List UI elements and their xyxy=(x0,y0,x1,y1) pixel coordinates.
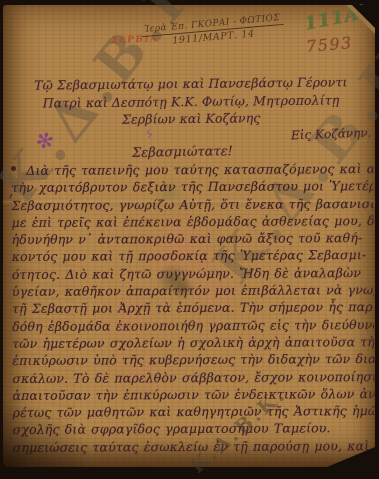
letter-body-line: σκάλων. Τὸ δὲ παρελθὸν σάββατον, ἔσχον κ… xyxy=(12,368,374,387)
violet-ink-mark-small: ϟ xyxy=(143,126,155,142)
letter-body-line: Διὰ τῆς ταπεινῆς μου ταύτης κατασπαζόμεν… xyxy=(11,160,373,179)
recipient-address-block: Τῷ Σεβασμιωτάτῳ μοι καὶ Πανσεβάστῳ Γέρον… xyxy=(13,73,370,129)
classification-annotation: Ἱερὰ Ἐπ. ΓΚΟΡΑΙ - ΦΩΤΙΟΣ 1911/ΜΑΡΤ. 14 xyxy=(141,13,285,49)
scanned-letter-page: { "scan": { "archive_marks": { "place_re… xyxy=(0,0,379,479)
registry-number: 7593 xyxy=(305,33,353,56)
letter-body-line: ὑγείαν, καθῆκον ἀπαραίτητόν μοι ἐπιβάλλε… xyxy=(12,281,374,300)
salutation: Σεβασμιώτατε! xyxy=(132,144,233,161)
letter-body-line: σχολῆς διὰ σφραγῖδος γραμματοσήμου Ταμεί… xyxy=(13,420,375,439)
letter-body-line: ἐπικύρωσιν ὑπὸ τῆς κυβερνήσεως τὴν διδαχ… xyxy=(12,350,374,369)
letter-body-line: ἀπαιτοῦσαν τὴν ἐπικύρωσιν τῶν ἐνδεικτικῶ… xyxy=(12,385,374,404)
letter-body-line: κοντός μου καὶ τῇ προσδοκίᾳ τῆς Ὑμετέρας… xyxy=(12,247,374,266)
letter-body-line: ἠδυνήθην ν᾽ ἀνταποκριθῶ καὶ φανῶ ἄξιος τ… xyxy=(12,229,374,248)
letter-body-line: με ἐπὶ τρεῖς καὶ ἐπέκεινα ἑβδομάδας ἀσθε… xyxy=(12,212,374,231)
recipient-line: Πατρὶ καὶ Δεσπότῃ Κ.Κ. Φωτίῳ, Μητροπολίτ… xyxy=(13,91,369,112)
letter-paper: Κ.Δ.Β.Κ. Κ.Δ.Β.Κ. Κ.Δ.Β.Κ. ✻ ϟ ʼ ΣΕΡΒΙΑ … xyxy=(3,5,375,467)
letter-body: Διὰ τῆς ταπεινῆς μου ταύτης κατασπαζόμεν… xyxy=(11,160,375,456)
letter-body-line: σημειώσεις ταύτας ἐσωκλείω ἐν τῇ παρούσῃ… xyxy=(13,437,375,456)
torn-corner xyxy=(327,447,375,467)
letter-body-line: τῇ Σεβαστῇ μοι Ἀρχῇ τὰ ἑπόμενα. Τὴν σήμε… xyxy=(12,298,374,317)
letter-body-line: δόθη ἑβδομάδα ἐκοινοποιήθη γραπτῶς εἰς τ… xyxy=(12,316,374,335)
folded-corner xyxy=(352,5,375,28)
letter-body-line: τὴν χαριτόβρυτον δεξιὰν τῆς Πανσεβάστου … xyxy=(11,177,373,196)
letter-body-line: ότητος. Διὸ καὶ ζητῶ συγγνώμην. Ἤδη δὲ ἀ… xyxy=(12,264,374,283)
recipient-line: Σερβίων καὶ Κοζάνης xyxy=(13,108,369,129)
letter-body-line: ρέτως τῶν μαθητῶν καὶ καθηγητριῶν τῆς Ἀσ… xyxy=(13,402,375,421)
violet-ink-mark: ✻ xyxy=(33,127,56,155)
destination-line: Εἰς Κοζάνην. xyxy=(291,126,372,143)
letter-body-line: Σεβασμιότητος, γνωρίζω Αὐτῇ, ὅτι ἕνεκα τ… xyxy=(11,195,373,214)
letter-body-line: τῶν ἡμετέρων σχολείων ἡ σχολικὴ ἀρχὴ ἀπα… xyxy=(12,333,374,352)
